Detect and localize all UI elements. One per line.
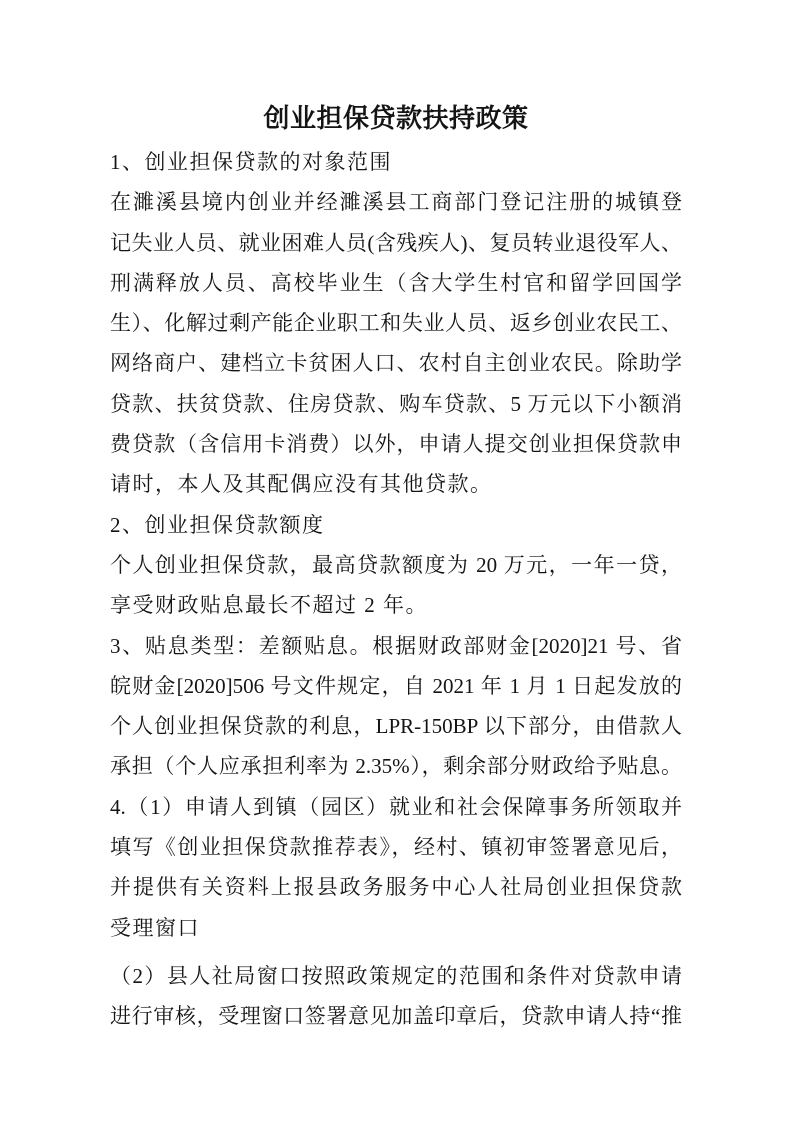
text-line: 进行审核，受理窗口签署意见加盖印章后，贷款申请人持“推 bbox=[110, 996, 682, 1036]
section-3-body: 3、贴息类型：差额贴息。根据财政部财金[2020]21 号、省皖财金[2020]… bbox=[110, 626, 682, 787]
text-line: 填写《创业担保贷款推荐表》，经村、镇初审签署意见后， bbox=[110, 827, 682, 867]
text-line: 网络商户、建档立卡贫困人口、农村自主创业农民。除助学 bbox=[110, 343, 682, 383]
document-content: 创业担保贷款扶持政策 1、创业担保贷款的对象范围在濉溪县境内创业并经濉溪县工商部… bbox=[110, 96, 682, 1037]
text-line: 个人创业担保贷款，最高贷款额度为 20 万元，一年一贷， bbox=[110, 545, 682, 585]
section-2-body: 个人创业担保贷款，最高贷款额度为 20 万元，一年一贷，享受财政贴息最长不超过 … bbox=[110, 545, 682, 626]
text-line: 受理窗口 bbox=[110, 908, 682, 948]
text-line: 3、贴息类型：差额贴息。根据财政部财金[2020]21 号、省 bbox=[110, 626, 682, 666]
text-line: 请时，本人及其配偶应没有其他贷款。 bbox=[110, 464, 682, 504]
section-1-heading: 1、创业担保贷款的对象范围 bbox=[110, 142, 682, 182]
text-line: 承担（个人应承担利率为 2.35%），剩余部分财政给予贴息。 bbox=[110, 746, 682, 786]
text-line: 记失业人员、就业困难人员(含残疾人)、复员转业退役军人、 bbox=[110, 223, 682, 263]
text-line: 刑满释放人员、高校毕业生（含大学生村官和留学回国学 bbox=[110, 263, 682, 303]
document-title: 创业担保贷款扶持政策 bbox=[110, 96, 682, 142]
text-line: 在濉溪县境内创业并经濉溪县工商部门登记注册的城镇登 bbox=[110, 182, 682, 222]
text-line: 并提供有关资料上报县政务服务中心人社局创业担保贷款 bbox=[110, 867, 682, 907]
document-page: 创业担保贷款扶持政策 1、创业担保贷款的对象范围在濉溪县境内创业并经濉溪县工商部… bbox=[0, 0, 793, 1122]
text-line: 享受财政贴息最长不超过 2 年。 bbox=[110, 585, 682, 625]
text-line: 个人创业担保贷款的利息，LPR-150BP 以下部分，由借款人 bbox=[110, 706, 682, 746]
text-line: 贷款、扶贫贷款、住房贷款、购车贷款、5 万元以下小额消 bbox=[110, 384, 682, 424]
document-body: 1、创业担保贷款的对象范围在濉溪县境内创业并经濉溪县工商部门登记注册的城镇登记失… bbox=[110, 142, 682, 1037]
section-2-heading: 2、创业担保贷款额度 bbox=[110, 505, 682, 545]
text-line: 皖财金[2020]506 号文件规定，自 2021 年 1 月 1 日起发放的 bbox=[110, 666, 682, 706]
text-line: 1、创业担保贷款的对象范围 bbox=[110, 142, 682, 182]
section-4-step-2: （2）县人社局窗口按照政策规定的范围和条件对贷款申请进行审核，受理窗口签署意见加… bbox=[110, 956, 682, 1037]
text-line: 4.（1）申请人到镇（园区）就业和社会保障事务所领取并 bbox=[110, 787, 682, 827]
text-line: （2）县人社局窗口按照政策规定的范围和条件对贷款申请 bbox=[110, 956, 682, 996]
text-line: 费贷款（含信用卡消费）以外，申请人提交创业担保贷款申 bbox=[110, 424, 682, 464]
text-line: 生）、化解过剩产能企业职工和失业人员、返乡创业农民工、 bbox=[110, 303, 682, 343]
section-4-step-1: 4.（1）申请人到镇（园区）就业和社会保障事务所领取并填写《创业担保贷款推荐表》… bbox=[110, 787, 682, 948]
text-line: 2、创业担保贷款额度 bbox=[110, 505, 682, 545]
section-1-body: 在濉溪县境内创业并经濉溪县工商部门登记注册的城镇登记失业人员、就业困难人员(含残… bbox=[110, 182, 682, 504]
